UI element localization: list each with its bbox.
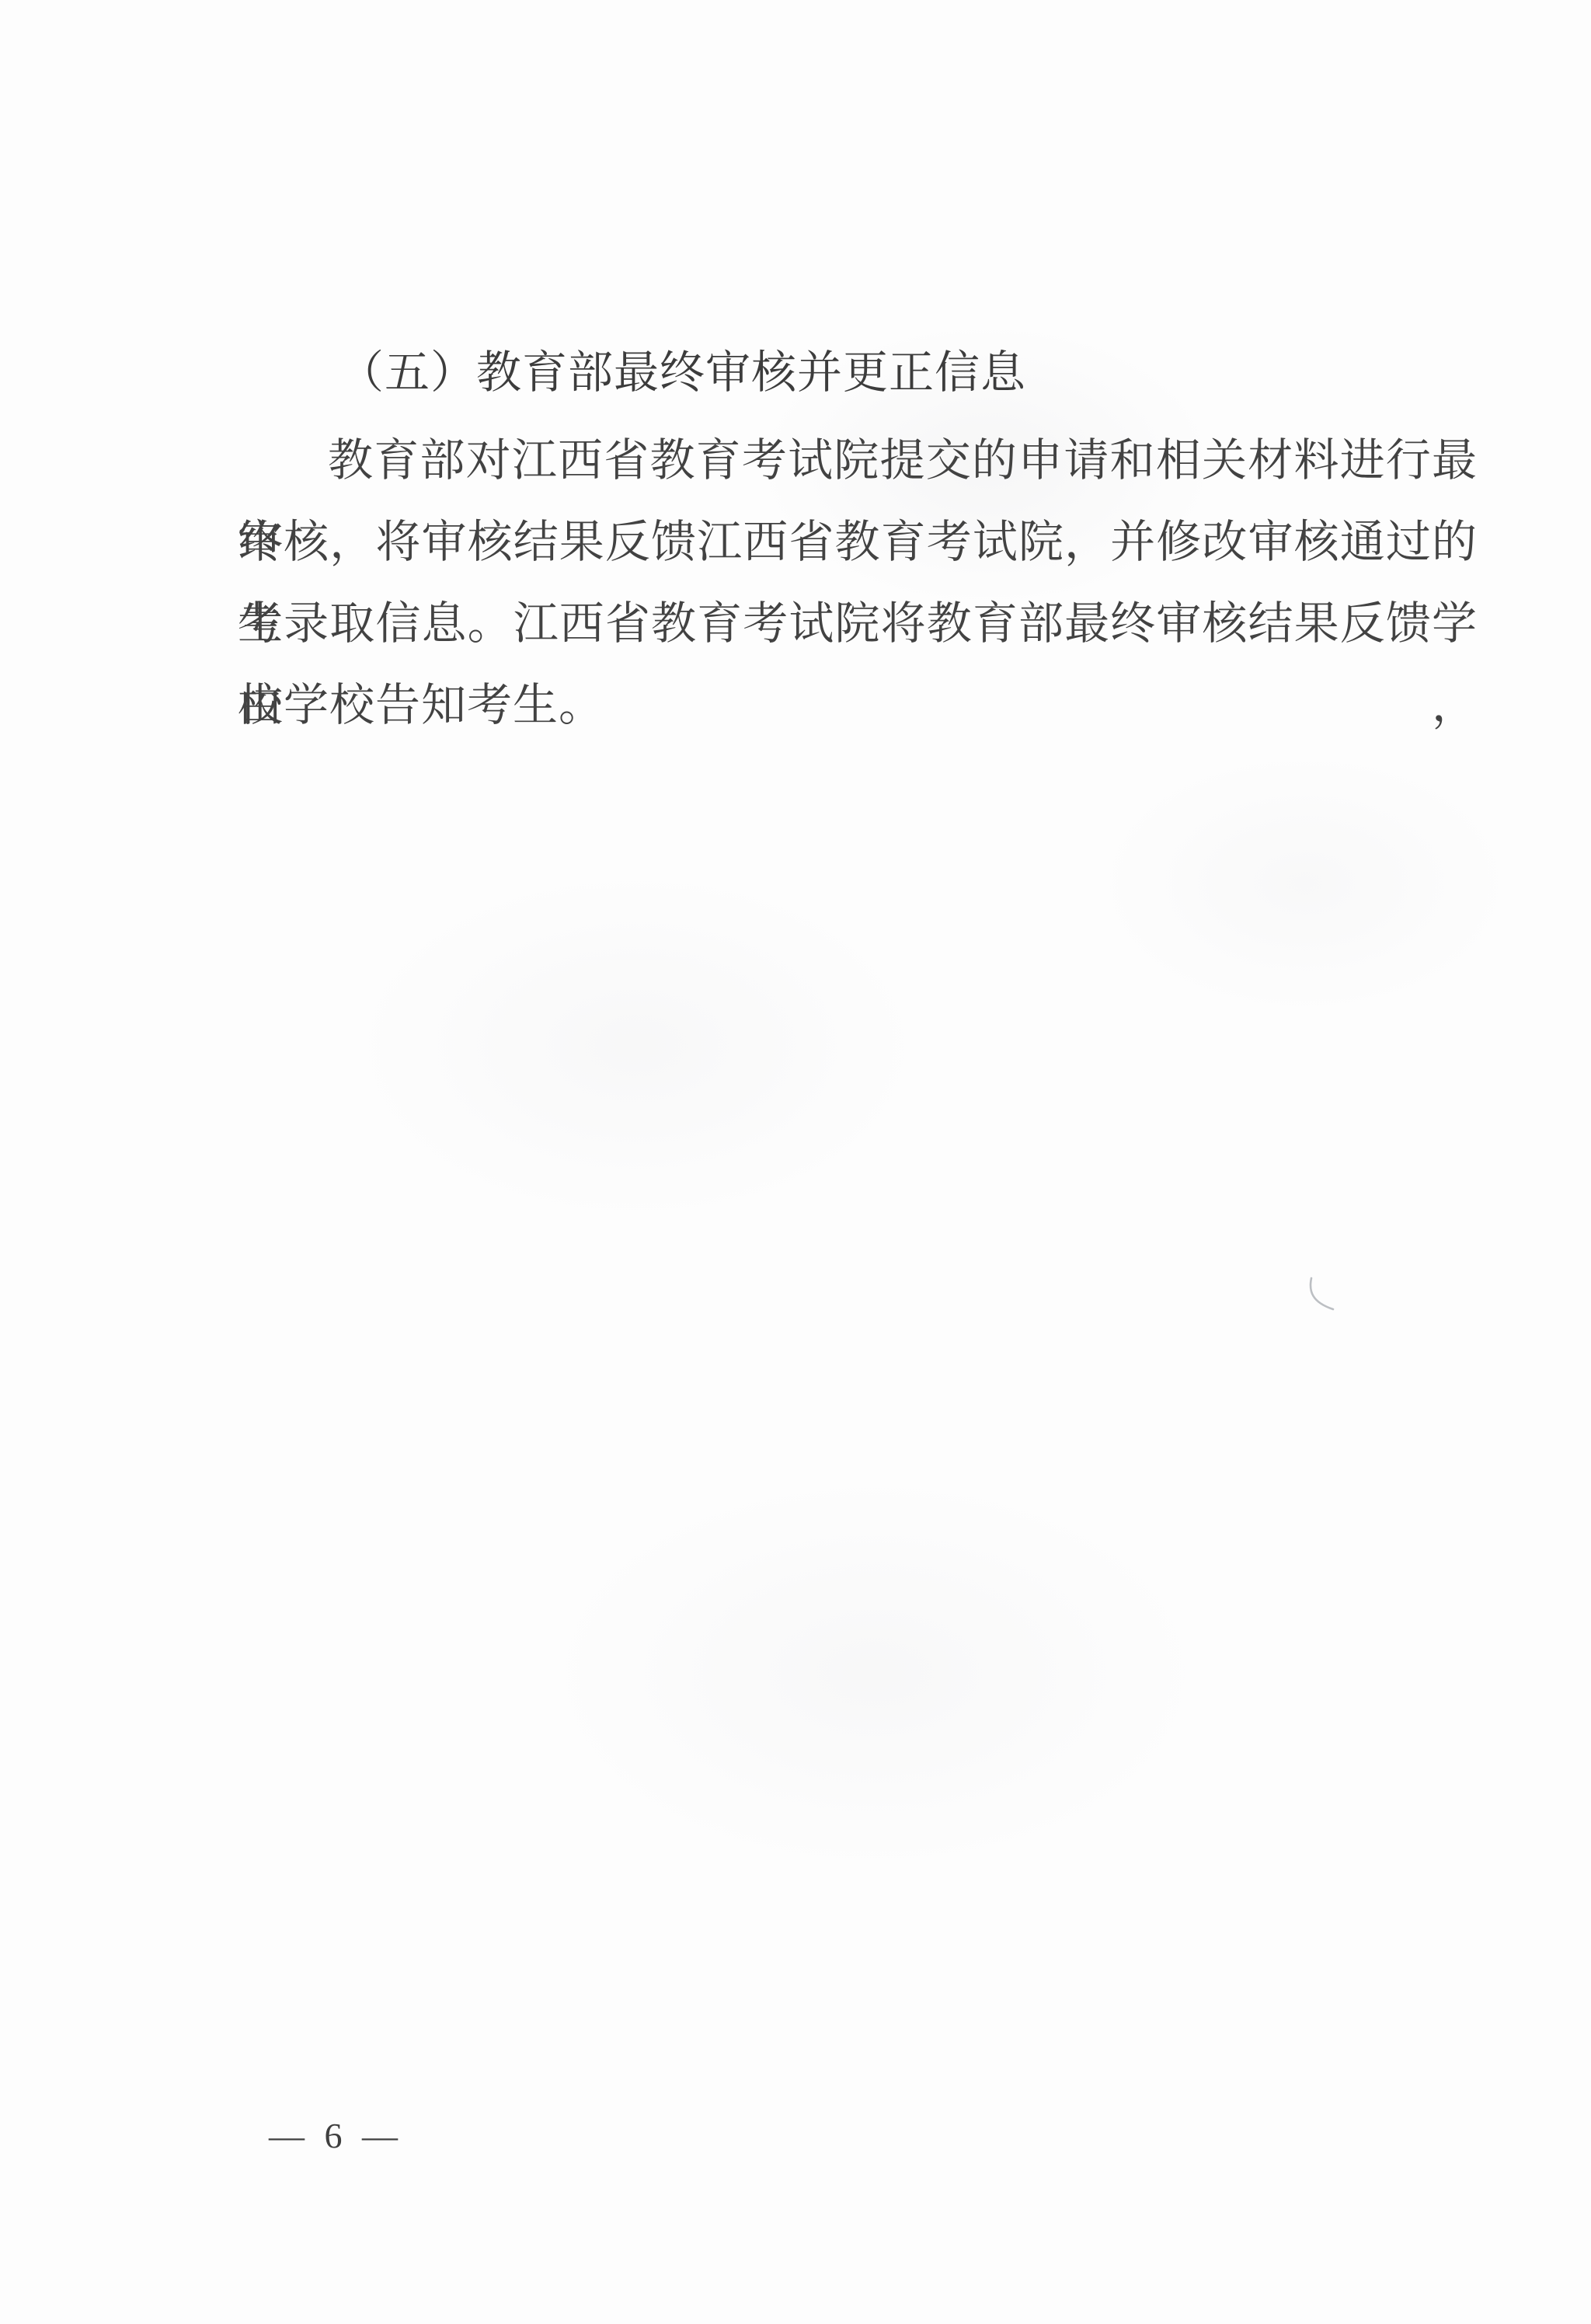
section-heading: （五）教育部最终审核并更正信息 — [238, 332, 1478, 413]
paragraph-line: 生录取信息。江西省教育考试院将教育部最终审核结果反馈学校， — [238, 583, 1478, 664]
page-number: — 6 — — [269, 2115, 398, 2156]
paragraph-line: 教育部对江西省教育考试院提交的申请和相关材料进行最终 — [238, 420, 1478, 501]
scan-artifact-mark — [1304, 1276, 1339, 1316]
document-page: （五）教育部最终审核并更正信息 教育部对江西省教育考试院提交的申请和相关材料进行… — [0, 0, 1591, 2324]
paragraph-line: 审核，将审核结果反馈江西省教育考试院，并修改审核通过的考 — [238, 501, 1478, 583]
document-text-block: （五）教育部最终审核并更正信息 教育部对江西省教育考试院提交的申请和相关材料进行… — [238, 332, 1478, 746]
